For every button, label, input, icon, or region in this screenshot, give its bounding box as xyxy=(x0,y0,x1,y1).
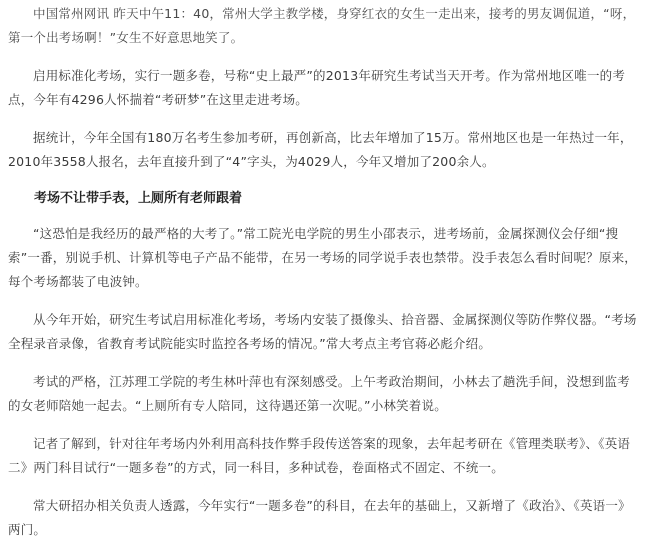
paragraph-statistics: 据统计，今年全国有180万名考生参加考研，再创新高，比去年增加了15万。常州地区… xyxy=(8,126,642,174)
paragraph-new-subjects: 常大研招办相关负责人透露，今年实行“一题多卷”的科目，在去年的基础上，又新增了《… xyxy=(8,494,642,542)
paragraph-restroom: 考试的严格，江苏理工学院的考生林叶萍也有深刻感受。上午考政治期间，小林去了趟洗手… xyxy=(8,370,642,418)
article-body: 中国常州网讯 昨天中午11：40，常州大学主教学楼，身穿红衣的女生一走出来，接考… xyxy=(0,0,650,542)
section-subheading: 考场不让带手表，上厕所有老师跟着 xyxy=(8,188,642,210)
paragraph-intro: 中国常州网讯 昨天中午11：40，常州大学主教学楼，身穿红衣的女生一走出来，接考… xyxy=(8,2,642,50)
paragraph-multi-version: 记者了解到，针对往年考场内外利用高科技作弊手段传送答案的现象，去年起考研在《管理… xyxy=(8,432,642,480)
paragraph-standardized-rooms: 从今年开始，研究生考试启用标准化考场，考场内安装了摄像头、拾音器、金属探测仪等防… xyxy=(8,308,642,356)
paragraph-student-quote: “这恐怕是我经历的最严格的大考了。”常工院光电学院的男生小邵表示，进考场前，金属… xyxy=(8,222,642,294)
paragraph-exam-start: 启用标准化考场，实行一题多卷，号称“史上最严”的2013年研究生考试当天开考。作… xyxy=(8,64,642,112)
